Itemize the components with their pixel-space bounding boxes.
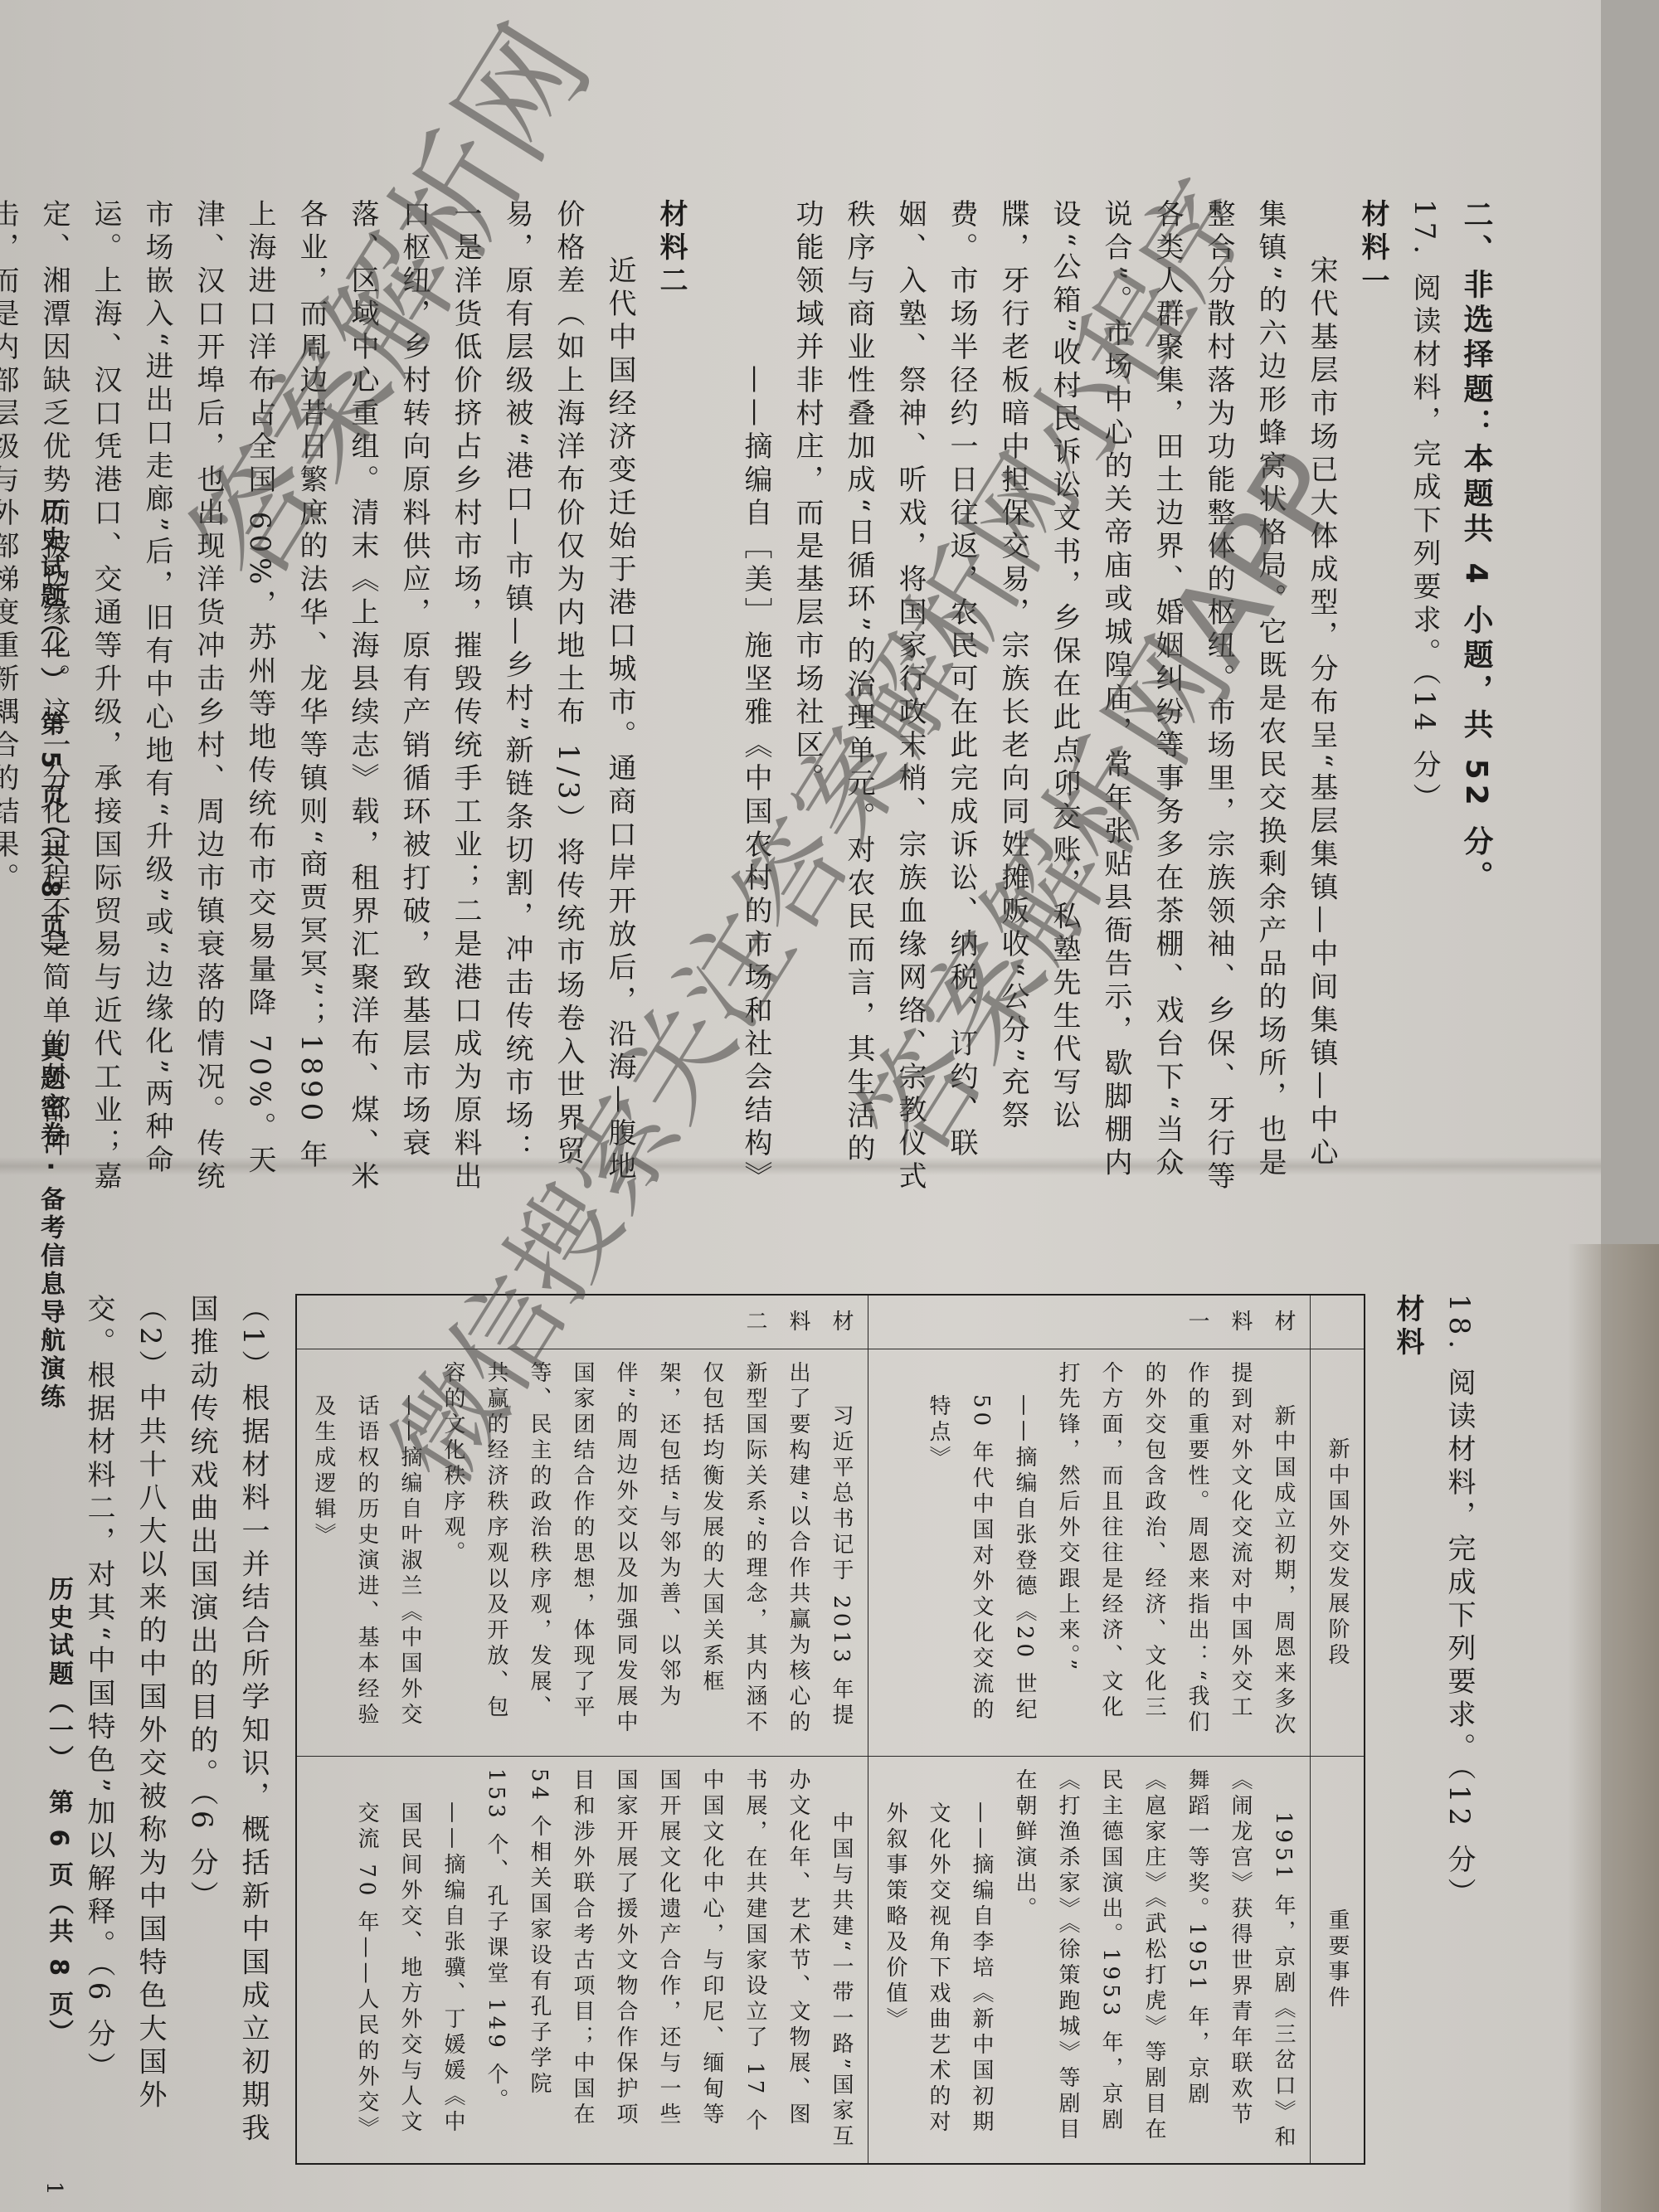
- page-5-footer: 历史试题（一） 第 5 页（共 8 页）: [32, 498, 68, 970]
- event-cell: 中国与共建“一带一路”国家互办文化年、艺术节、文物展、图书展，在共建国家设立了 …: [296, 1757, 868, 2164]
- stage-source: ——摘编自张登德《20 世纪 50 年代中国对外文化交流的特点》: [917, 1394, 1046, 1744]
- stage-cell: 新中国成立初期，周恩来多次提到对外文化交流对中国外交工作的重要性。周恩来指出：“…: [868, 1349, 1311, 1757]
- stage-source: ——摘编自叶淑兰《中国外交话语权的历史演进、基本经验及生成逻辑》: [302, 1394, 431, 1744]
- table-header-row: 新中国外交发展阶段 重要事件: [1311, 1295, 1365, 2164]
- booklet-footer: 真题密卷 · 备考信息导航演练: [32, 1037, 68, 1412]
- question-18-part-1: （1）根据材料一并结合所学知识，概括新中国成立初期我国推动传统戏曲出国演出的目的…: [176, 1294, 279, 2165]
- paper-edge-shadow: [1568, 1244, 1659, 2212]
- table-header-stage: 新中国外交发展阶段: [1311, 1349, 1365, 1757]
- row-label: 材料二: [296, 1295, 868, 1349]
- event-text: 中国与共建“一带一路”国家互办文化年、艺术节、文物展、图书展，在共建国家设立了 …: [474, 1768, 863, 2151]
- question-18-heading: 18. 阅读材料，完成下列要求。（12 分）: [1433, 1294, 1485, 2165]
- material-label: 材料: [1382, 1294, 1433, 2165]
- material-2-label: 材料二: [645, 199, 697, 1194]
- diplomacy-table: 新中国外交发展阶段 重要事件 材料一 新中国成立初期，周恩来多次提到对外文化交流…: [295, 1294, 1365, 2165]
- material-1-label: 材料一: [1347, 199, 1399, 1194]
- corner-page-number: 1: [41, 2181, 66, 2195]
- table-row: 材料二 习近平总书记于 2013 年提出了要构建“以合作共赢为核心的新型国际关系…: [296, 1295, 868, 2164]
- exam-page-6: 18. 阅读材料，完成下列要求。（12 分） 材料 新中国外交发展阶段 重要事件…: [257, 1294, 1485, 2165]
- section-title: 二、非选择题：本题共 4 小题，共 52 分。: [1450, 199, 1501, 1194]
- table-header-event: 重要事件: [1311, 1757, 1365, 2164]
- material-1-source: ——摘编自［美］施坚雅《中国农村的市场和社会结构》: [730, 365, 781, 1194]
- event-source: ——摘编自李培《新中国初期文化外交视角下戏曲艺术的对外叙事策略及价值》: [873, 1801, 1003, 2151]
- material-1-text: 宋代基层市场已大体成型，分布呈“基层集镇—中间集镇—中心集镇”的六边形蜂窝状格局…: [781, 199, 1347, 1194]
- stage-text: 习近平总书记于 2013 年提出了要构建“以合作共赢为核心的新型国际关系”的理念…: [431, 1361, 863, 1744]
- page-6-footer: 历史试题（一） 第 6 页（共 8 页）: [40, 1576, 76, 2048]
- material-2-text: 近代中国经济变迁始于港口城市。通商口岸开放后，沿海—腹地价格差（如上海洋布价仅为…: [0, 199, 645, 1194]
- row-label: 材料一: [868, 1295, 1311, 1349]
- question-18-part-2: （2）中共十八大以来的中国外交被称为中国特色大国外交。根据材料二，对其“中国特色…: [73, 1294, 176, 2165]
- exam-page-5: 二、非选择题：本题共 4 小题，共 52 分。 17. 阅读材料，完成下列要求。…: [207, 199, 1501, 1194]
- stage-text: 新中国成立初期，周恩来多次提到对外文化交流对中国外交工作的重要性。周恩来指出：“…: [1046, 1361, 1305, 1744]
- event-cell: 1951 年，京剧《三岔口》和《闹龙宫》获得世界青年联欢节舞蹈一等奖。1951 …: [868, 1757, 1311, 2164]
- stage-cell: 习近平总书记于 2013 年提出了要构建“以合作共赢为核心的新型国际关系”的理念…: [296, 1349, 868, 1757]
- event-source: ——摘编自张骥、丁媛媛《中国民间外交、地方外交与人文交流 70 年——人民的外交…: [345, 1801, 474, 2151]
- table-corner-cell: [1311, 1295, 1365, 1349]
- table-row: 材料一 新中国成立初期，周恩来多次提到对外文化交流对中国外交工作的重要性。周恩来…: [868, 1295, 1311, 2164]
- event-text: 1951 年，京剧《三岔口》和《闹龙宫》获得世界青年联欢节舞蹈一等奖。1951 …: [1003, 1768, 1305, 2151]
- question-17-heading: 17. 阅读材料，完成下列要求。（14 分）: [1399, 199, 1450, 1194]
